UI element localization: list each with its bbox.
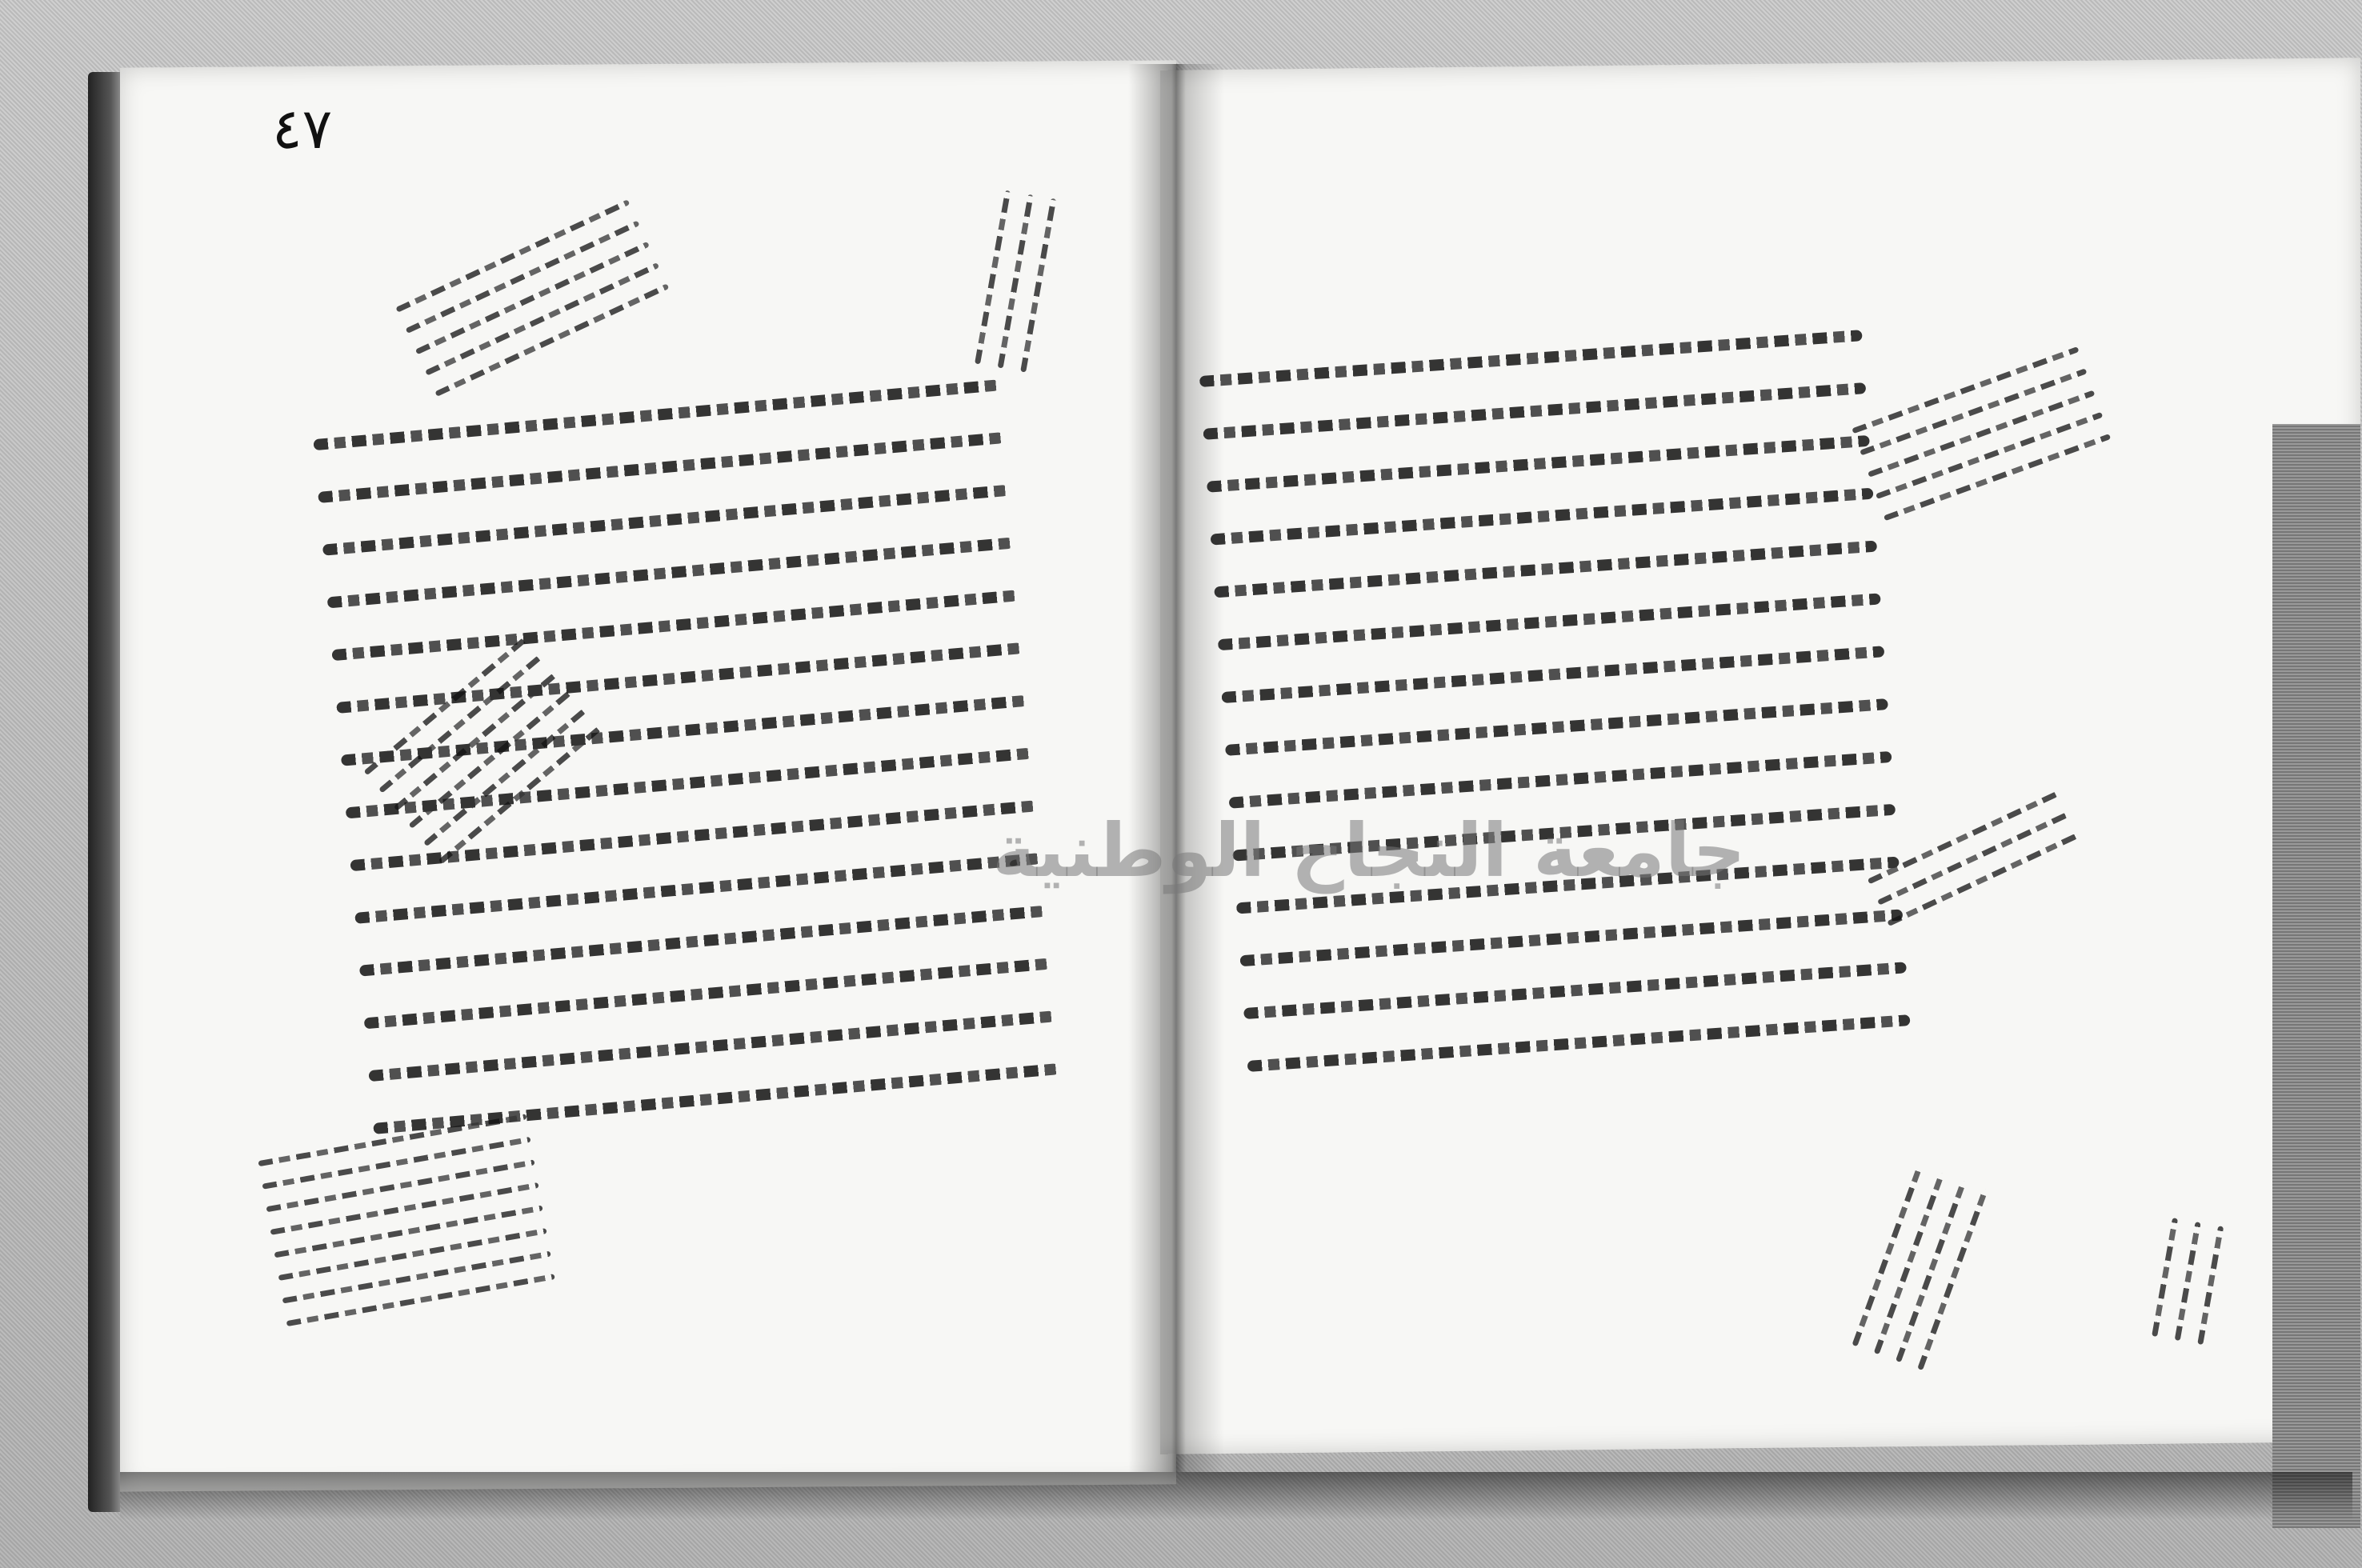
text-line — [1239, 909, 1903, 966]
text-line — [359, 906, 1046, 977]
book-gutter — [1128, 64, 1224, 1472]
text-line — [364, 958, 1051, 1030]
text-line — [1243, 962, 1907, 1019]
text-line — [327, 538, 1014, 609]
text-line — [336, 642, 1023, 714]
text-line — [1225, 698, 1888, 756]
text-line — [1214, 541, 1877, 598]
text-line — [1218, 593, 1881, 650]
text-line — [331, 590, 1018, 661]
folio-number: ٤٧ — [272, 96, 332, 162]
open-book: ٤٧ — [88, 64, 2280, 1528]
text-line — [322, 485, 1009, 556]
book-bottom-shadow — [120, 1472, 2352, 1520]
right-page-main-text — [1199, 330, 1913, 1114]
text-line — [1221, 646, 1884, 703]
text-line — [1211, 488, 1874, 546]
text-line — [1203, 382, 1866, 440]
text-line — [318, 432, 1004, 503]
watermark: جامعة النجاح الوطنية — [992, 808, 1746, 894]
text-line — [1229, 751, 1892, 809]
text-line — [1247, 1014, 1911, 1072]
book-cover-left-edge — [88, 72, 120, 1512]
book-cover-right-edge — [2272, 424, 2360, 1528]
text-line — [1207, 435, 1870, 493]
text-line — [368, 1010, 1055, 1082]
